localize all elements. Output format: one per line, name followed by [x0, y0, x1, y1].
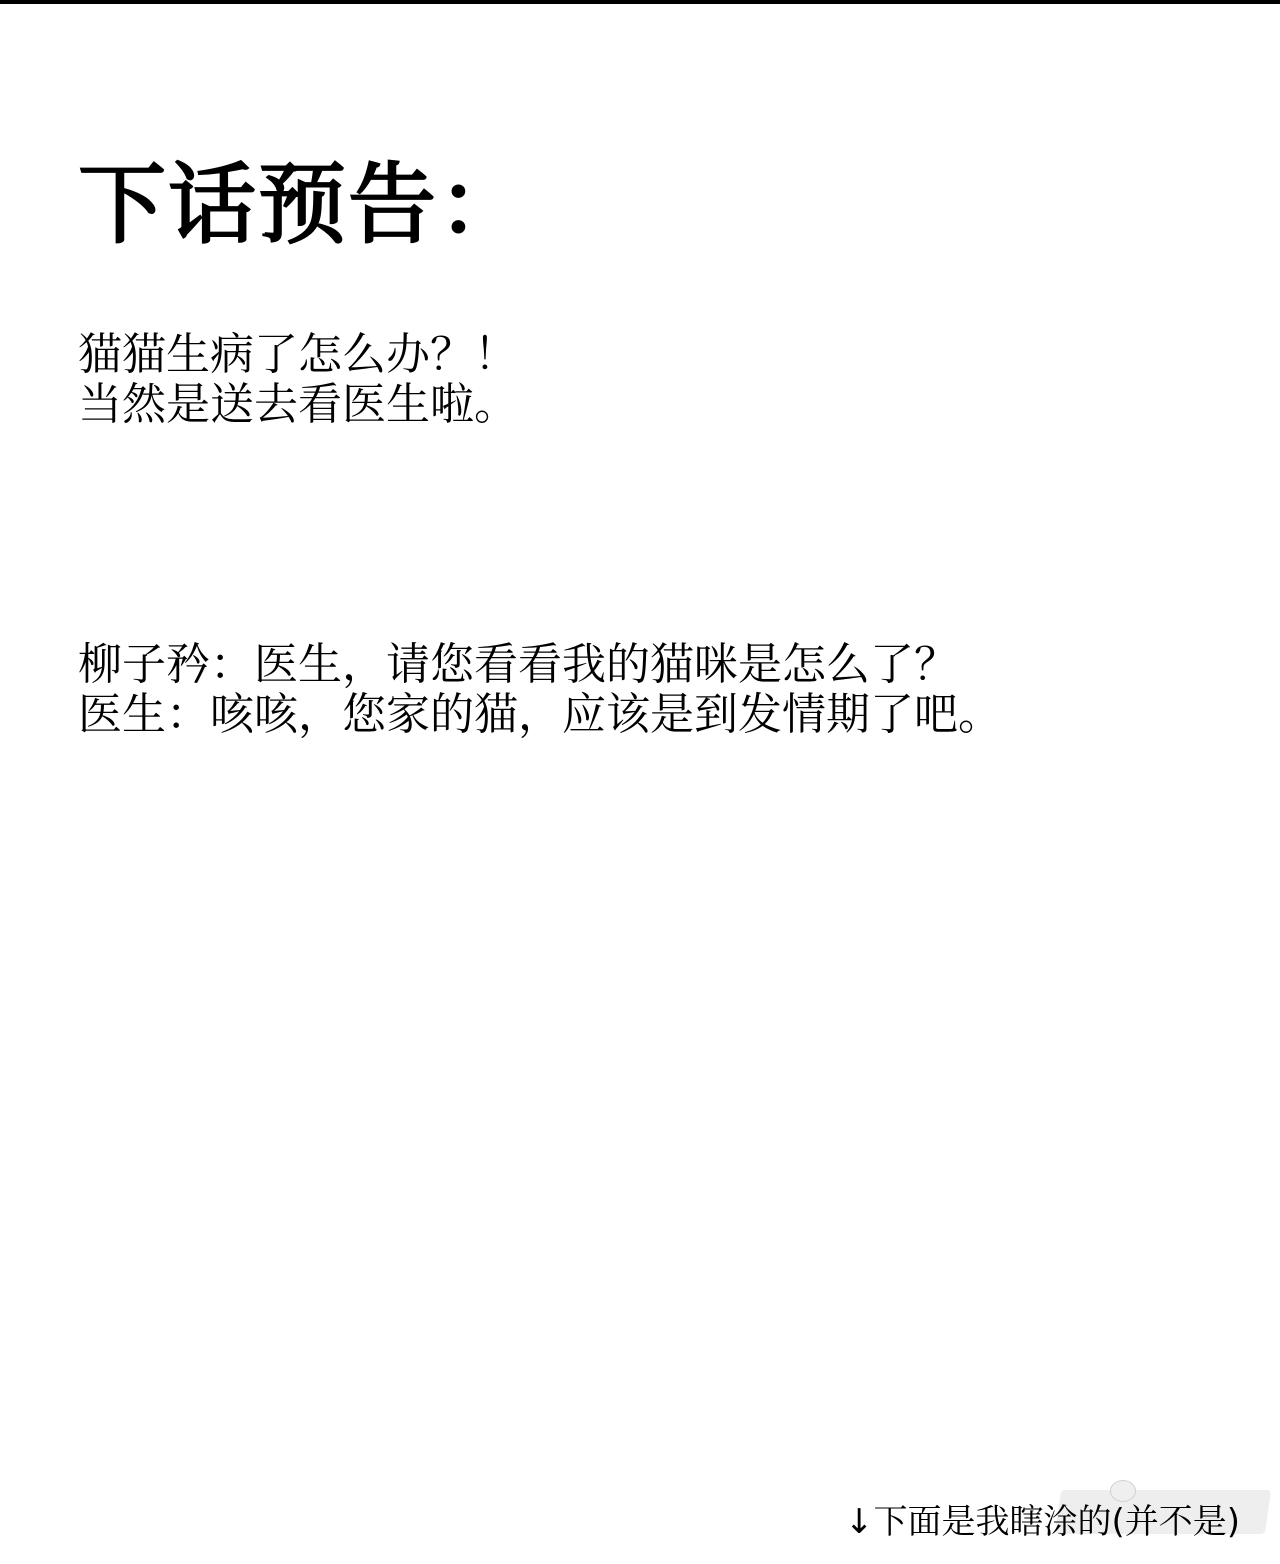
top-border-bar	[0, 0, 1280, 4]
intro-line-1: 猫猫生病了怎么办？！	[78, 330, 518, 380]
dialogue-line-2: 医生：咳咳，您家的猫，应该是到发情期了吧。	[78, 690, 1002, 740]
intro-line-2: 当然是送去看医生啦。	[78, 380, 518, 430]
watermark-mascot-icon	[1110, 1480, 1136, 1502]
intro-text-block: 猫猫生病了怎么办？！ 当然是送去看医生啦。	[78, 330, 518, 430]
preview-title: 下话预告：	[78, 150, 528, 260]
dialogue-line-1: 柳子矜：医生，请您看看我的猫咪是怎么了？	[78, 640, 1002, 690]
dialogue-text-block: 柳子矜：医生，请您看看我的猫咪是怎么了？ 医生：咳咳，您家的猫，应该是到发情期了…	[78, 640, 1002, 740]
footer-note: ↓下面是我瞎涂的(并不是)	[845, 1500, 1240, 1544]
